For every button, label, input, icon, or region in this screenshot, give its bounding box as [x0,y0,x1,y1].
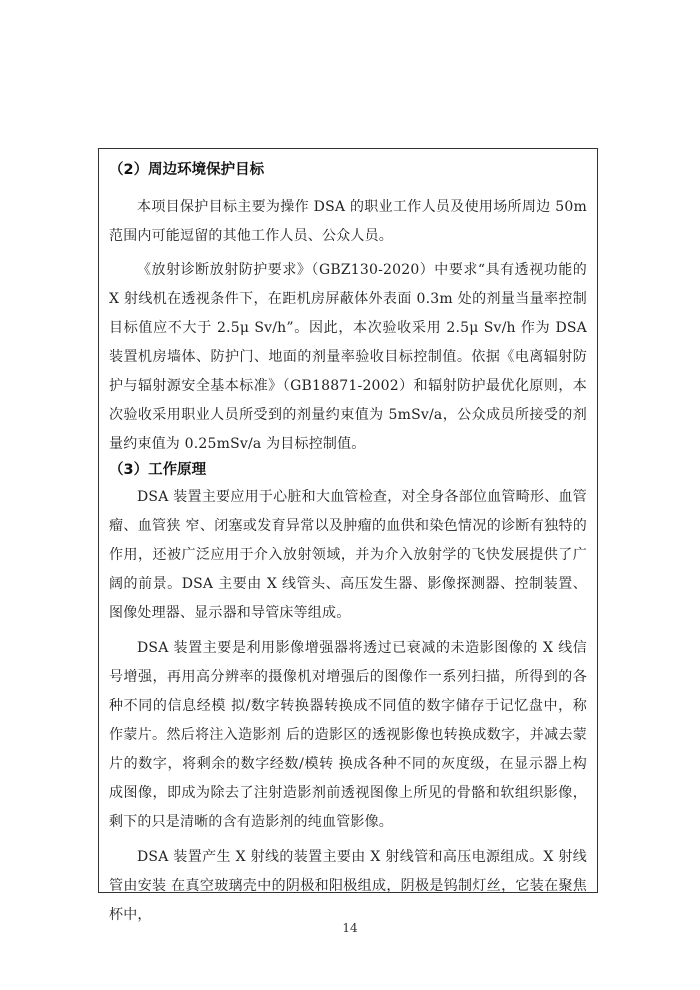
paragraph: DSA 装置产生 X 射线的装置主要由 X 射线管和高压电源组成。X 射线管由安… [109,843,587,930]
paragraph: 本项目保护目标主要为操作 DSA 的职业工作人员及使用场所周边 50m 范围内可… [109,193,587,251]
section-heading-protection-targets: （2）周边环境保护目标 [109,159,587,181]
paragraph: DSA 装置主要应用于心脏和大血管检查，对全身各部位血管畸形、血管瘤、血管狭 窄… [109,483,587,628]
content-frame: （2）周边环境保护目标 本项目保护目标主要为操作 DSA 的职业工作人员及使用场… [98,148,598,893]
section-heading-working-principle: （3）工作原理 [109,459,587,481]
paragraph: DSA 装置主要是利用影像增强器将透过已衰减的未造影图像的 X 线信号增强，再用… [109,634,587,837]
page-number: 14 [0,921,700,935]
paragraph: 《放射诊断放射防护要求》（GBZ130-2020）中要求“具有透视功能的 X 射… [109,256,587,459]
